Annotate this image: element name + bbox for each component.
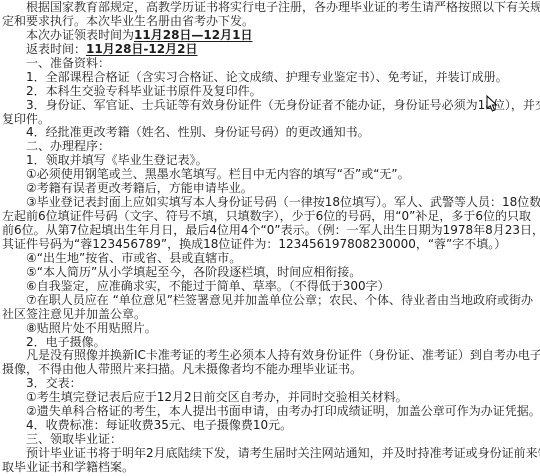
text-segment: 返表时间： — [26, 43, 86, 56]
document-line: ⑤“本人简历”从小学填起至今，各阶段逐栏填，时间应相衔接。 — [2, 266, 540, 280]
document-line: 其证件号码为“蓉123456789”，换成18位证件为：123456197808… — [2, 238, 540, 252]
text-segment: 4．经批准更改考籍（姓名、性别、身份证号码）的更改通知书。 — [26, 126, 370, 139]
document-line: 三、领取毕业证： — [2, 433, 540, 447]
document-line: 定和要求执行。本次毕业生名册由省考办下发。 — [2, 15, 540, 29]
document-line: 社区签注意见并加盖公章。 — [2, 308, 540, 322]
text-segment: ②考籍有误者更改考籍后，方能申请毕业。 — [26, 182, 253, 195]
document-line: ①必须使用钢笔或兰、黑墨水笔填写。栏目中无内容的填写“否”或“无”。 — [2, 168, 540, 182]
text-segment: 三、领取毕业证： — [26, 433, 122, 446]
text-segment: 本次办证领表时间为 — [26, 29, 134, 42]
text-segment: 二、办理程序： — [26, 140, 110, 153]
document-line: 一、准备资料： — [2, 57, 540, 71]
text-segment: ②遗失单科合格证的考生，本人提出书面申请，由考办打印成绩证明，加盖公章可作为办证… — [26, 405, 540, 418]
text-segment: 社区签注意见并加盖公章。 — [2, 308, 146, 321]
text-segment: 复印件。 — [2, 113, 50, 126]
document-line: 复印件。 — [2, 113, 540, 127]
text-segment: 凡是没有照像并换新IC卡准考证的考生必须本人持有效身份证件（身份证、准考证）到自… — [26, 349, 540, 362]
document-line: 1．领取并填写《毕业生登记表》。 — [2, 154, 540, 168]
document-line: 3．交表： — [2, 377, 540, 391]
document-line: 预计毕业证书将于明年2月底陆续下发，请考生届时关注网站通知，并及时持准考证或身份… — [2, 447, 540, 461]
document-line: 左起前6位填证件号码（文字、符号不填，只填数字），少于6位的号码，用“0”补足，… — [2, 210, 540, 224]
text-segment: 1．领取并填写《毕业生登记表》。 — [26, 154, 208, 167]
text-segment: 取毕业证书和学籍档案。 — [2, 461, 134, 474]
text-segment: 预计毕业证书将于明年2月底陆续下发，请考生届时关注网站通知，并及时持准考证或身份… — [26, 447, 540, 460]
text-segment: 2．电子摄像。 — [26, 336, 106, 349]
text-segment: ⑥自我鉴定，应准确求实，不能过于简单、草率。（不得低于300字） — [26, 280, 390, 293]
document-line: ⑧贴照片处不用贴照片。 — [2, 322, 540, 336]
date-range-highlight: 11月28日—12月1日 — [134, 29, 252, 42]
document-line: 二、办理程序： — [2, 140, 540, 154]
document-line: 凡是没有照像并换新IC卡准考证的考生必须本人持有效身份证件（身份证、准考证）到自… — [2, 349, 540, 363]
document-line: 1．全部课程合格证（含实习合格证、论文成绩、护理专业鉴定书）、免考证，并装订成册… — [2, 71, 540, 85]
text-segment: 左起前6位填证件号码（文字、符号不填，只填数字），少于6位的号码，用“0”补足，… — [2, 210, 531, 223]
text-segment: ①必须使用钢笔或兰、黑墨水笔填写。栏目中无内容的填写“否”或“无”。 — [26, 168, 410, 181]
document-line: ①考生填完登记表后应于12月2日前交区自考办，并同时交验相关材料。 — [2, 391, 540, 405]
document-line: 2．本科生交验专科毕业证书原件及复印件。 — [2, 85, 540, 99]
notice-document: 根据国家教育部规定，高教学历证书将实行电子注册，各办理毕业证的考生请严格按照以下… — [0, 0, 540, 476]
text-segment: 前6位。从第7位起填出生年月日，最后4位用4个“0”表示。（例：一军人出生日期为… — [2, 224, 540, 237]
text-segment: 摄像，不得由他人带照片来扫描。凡未摄像者均不能办理毕业证书。 — [2, 363, 362, 376]
document-line: 取毕业证书和学籍档案。 — [2, 461, 540, 475]
document-line: ②遗失单科合格证的考生，本人提出书面申请，由考办打印成绩证明，加盖公章可作为办证… — [2, 405, 540, 419]
text-segment: ⑤“本人简历”从小学填起至今，各阶段逐栏填，时间应相衔接。 — [26, 266, 361, 279]
document-line: ⑥自我鉴定，应准确求实，不能过于简单、草率。（不得低于300字） — [2, 280, 540, 294]
text-segment: ⑧贴照片处不用贴照片。 — [26, 322, 157, 335]
text-segment: ④“出生地”按省、市或省、县或直辖市。 — [26, 252, 241, 265]
document-line: 前6位。从第7位起填出生年月日，最后4位用4个“0”表示。（例：一军人出生日期为… — [2, 224, 540, 238]
text-segment: ③毕业登记表封面上应如实填写本人身份证号码（一律按18位填写）。军人、武警等人员… — [26, 196, 540, 209]
text-segment: ⑦在职人员应在 “单位意见”栏签署意见并加盖单位公章；农民、个体、待业者由当地政… — [26, 294, 533, 307]
text-segment: 3．交表： — [26, 377, 82, 390]
document-line: 根据国家教育部规定，高教学历证书将实行电子注册，各办理毕业证的考生请严格按照以下… — [2, 1, 540, 15]
document-line: ⑦在职人员应在 “单位意见”栏签署意见并加盖单位公章；农民、个体、待业者由当地政… — [2, 294, 540, 308]
document-line: 2．电子摄像。 — [2, 336, 540, 350]
document-line: 返表时间：11月28日-12月2日 — [2, 43, 540, 57]
document-line: 4．收费标准：每证收费35元、电子摄像费10元。 — [2, 419, 540, 433]
document-line: 4．经批准更改考籍（姓名、性别、身份证号码）的更改通知书。 — [2, 126, 540, 140]
text-segment: ①考生填完登记表后应于12月2日前交区自考办，并同时交验相关材料。 — [26, 391, 408, 404]
text-segment: 4．收费标准：每证收费35元、电子摄像费10元。 — [26, 419, 292, 432]
document-line: ③毕业登记表封面上应如实填写本人身份证号码（一律按18位填写）。军人、武警等人员… — [2, 196, 540, 210]
text-segment: 2．本科生交验专科毕业证书原件及复印件。 — [26, 85, 262, 98]
date-range-highlight: 11月28日-12月2日 — [86, 43, 197, 56]
text-segment: 一、准备资料： — [26, 57, 110, 70]
text-segment: 定和要求执行。本次毕业生名册由省考办下发。 — [2, 15, 254, 28]
document-body: 根据国家教育部规定，高教学历证书将实行电子注册，各办理毕业证的考生请严格按照以下… — [2, 1, 540, 475]
text-segment: 1．全部课程合格证（含实习合格证、论文成绩、护理专业鉴定书）、免考证，并装订成册… — [26, 71, 508, 84]
document-line: ②考籍有误者更改考籍后，方能申请毕业。 — [2, 182, 540, 196]
document-line: 3．身份证、军官证、士兵证等有效身份证件（无身份证者不能办证，身份证号必须为18… — [2, 99, 540, 113]
text-segment: 其证件号码为“蓉123456789”，换成18位证件为：123456197808… — [2, 238, 506, 251]
text-segment: 3．身份证、军官证、士兵证等有效身份证件（无身份证者不能办证，身份证号必须为18… — [26, 99, 540, 112]
text-segment: 根据国家教育部规定，高教学历证书将实行电子注册，各办理毕业证的考生请严格按照以下… — [26, 1, 540, 14]
document-line: ④“出生地”按省、市或省、县或直辖市。 — [2, 252, 540, 266]
document-line: 本次办证领表时间为11月28日—12月1日 — [2, 29, 540, 43]
document-line: 摄像，不得由他人带照片来扫描。凡未摄像者均不能办理毕业证书。 — [2, 363, 540, 377]
